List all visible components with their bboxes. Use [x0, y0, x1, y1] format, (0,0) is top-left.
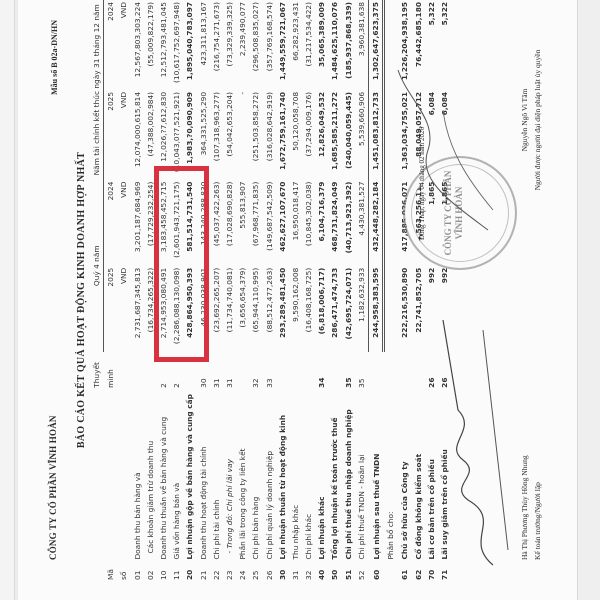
row-label: Lợi nhuận sau thuế TNDN — [368, 390, 383, 562]
header-row-currency: số VND VND VND VND — [117, 0, 130, 582]
value-fy-2025: (54,042,653,204) — [223, 90, 236, 180]
row-label: Lợi nhuận thuần từ hoạt động kinh — [276, 390, 289, 562]
row-note: 32 — [249, 352, 262, 390]
value-fy-2024: 1,484,625,110,076 — [328, 0, 341, 90]
preparer-signature-block: Hà Thị Phương Thùy Hồng Nhung Kế toán tr… — [518, 455, 544, 560]
row-label: Giá vốn hàng bán và — [170, 390, 183, 562]
value-q4-2024: 3,183,458,452,715 — [157, 180, 170, 266]
value-q4-2025: (2,286,088,130,098) — [170, 266, 183, 352]
row-note: 35 — [355, 352, 369, 390]
value-q4-2025: (42,695,724,071) — [342, 266, 355, 352]
row-code: 32 — [302, 562, 315, 582]
value-fy-2025: 12,074,000,615,814 — [131, 90, 144, 180]
value-fy-2025: 1,685,585,211,272 — [328, 90, 341, 180]
table-row: 22Chi phí tài chính31(23,692,265,207)(45… — [210, 0, 223, 582]
value-fy-2024: (216,754,271,673) — [210, 0, 223, 90]
year-header-fy-2024: 2024 — [104, 0, 118, 90]
value-q4-2025: 222,216,530,890 — [398, 266, 411, 352]
viewer-left-edge — [0, 0, 15, 600]
value-fy-2025: 1,983,?0,090,909 — [183, 90, 196, 180]
row-code: 60 — [368, 562, 383, 582]
row-note: 31 — [223, 352, 236, 390]
row-note — [131, 352, 144, 390]
value-fy-2024: (296,508,835,027) — [249, 0, 262, 90]
value-fy-2024: 12,567,803,303,224 — [131, 0, 144, 90]
table-row: 52Chi phí thuế TNDN - hoãn lại351,182,63… — [355, 0, 369, 582]
note-header-2: minh — [104, 352, 118, 390]
value-q4-2024: (67,968,771,835) — [249, 180, 262, 266]
row-code: 02 — [144, 562, 157, 582]
table-row: 26Chi phí quản lý doanh nghiệp33(88,512,… — [262, 0, 275, 582]
row-label: Các khoản giảm trừ doanh thu — [144, 390, 157, 562]
row-note — [276, 352, 289, 390]
value-fy-2024: 1,302,647,623,375 — [368, 0, 383, 90]
value-q4-2025: 9,590,162,008 — [289, 266, 302, 352]
value-q4-2025 — [384, 266, 399, 352]
value-q4-2024: (17,028,690,828) — [223, 180, 236, 266]
row-code: 50 — [328, 562, 341, 582]
value-fy-2025: (107,318,963,277) — [210, 90, 223, 180]
row-label: Thu nhập khác — [289, 390, 302, 562]
value-fy-2025: 1,672,759,161,740 — [276, 90, 289, 180]
row-note — [398, 352, 411, 390]
year-header-q4-2025: 2025 — [104, 266, 118, 352]
value-q4-2024: 555,813,907 — [236, 180, 249, 266]
row-label: Chủ sở hữu của Công ty — [398, 390, 411, 562]
value-fy-2025: (47,388,002,984) — [144, 90, 157, 180]
value-q4-2025: (65,944,110,995) — [249, 266, 262, 352]
row-note — [328, 352, 341, 390]
value-q4-2025: (6,818,006,717) — [315, 266, 328, 352]
table-row: 20Lợi nhuận gộp về bán hàng và cung cấp4… — [183, 0, 196, 582]
representative-signature-block: Nguyễn Ngô Vi Tâm Người được người đại d… — [518, 20, 544, 220]
row-label: Chi phí thuế thu nhập doanh nghiệp — [342, 390, 355, 562]
value-q4-2024: (40,713,923,392) — [342, 180, 355, 266]
row-label: Chi phí quản lý doanh nghiệp — [262, 390, 275, 562]
value-q4-2025: (88,512,477,263) — [262, 266, 275, 352]
value-fy-2025: 12,026,?7,612,830 — [157, 90, 170, 180]
row-note — [183, 352, 196, 390]
table-row: 24Phần lãi trong công ty liên kết(3,656,… — [236, 0, 249, 582]
value-q4-2024: 6,104,716,379 — [315, 180, 328, 266]
row-label: Lợi nhuận khác — [315, 390, 328, 562]
year-header-q4-2024: 2024 — [104, 180, 118, 266]
value-q4-2024: 432,448,282,184 — [368, 180, 383, 266]
row-code: 52 — [355, 562, 369, 582]
value-q4-2025: (3,656,654,379) — [236, 266, 249, 352]
table-row: 32Chi phí khác(16,408,168,725)(10,845,30… — [302, 0, 315, 582]
table-row: 10Doanh thu thuần về bán hàng và cung22,… — [157, 0, 170, 582]
table-row: 51Chi phí thuế thu nhập doanh nghiệp35(4… — [342, 0, 355, 582]
year-group-header: Năm tài chính kết thúc ngày 31 tháng 12 … — [90, 0, 104, 180]
value-fy-2025: - — [236, 90, 249, 180]
report-title: BÁO CÁO KẾT QUẢ HOẠT ĐỘNG KINH DOANH HỢP… — [76, 0, 87, 600]
value-fy-2024: (185,937,868,339) — [342, 0, 355, 90]
row-code: 23 — [223, 562, 236, 582]
table-row: 23- Trong đó: Chi phí lãi vay31(11,734,7… — [223, 0, 236, 582]
table-row: 31Thu nhập khác9,590,162,00816,950,018,4… — [289, 0, 302, 582]
form-code: Mẫu số B 02a-DN/HN — [50, 20, 59, 95]
value-q4-2024: (17,729,232,254) — [144, 180, 157, 266]
preparer-name: Hà Thị Phương Thùy Hồng Nhung — [518, 455, 531, 560]
row-code: 25 — [249, 562, 262, 582]
row-note — [236, 352, 249, 390]
row-note: 30 — [197, 352, 210, 390]
row-code: 22 — [210, 562, 223, 582]
value-q4-2024: (45,037,422,263) — [210, 180, 223, 266]
value-q4-2024: 16,950,018,417 — [289, 180, 302, 266]
currency-label: VND — [117, 0, 130, 90]
value-q4-2025: (11,734,740,081) — [223, 266, 236, 352]
financial-statement-page: CÔNG TY CỔ PHẦN VĨNH HOÀN Mẫu số B 02a-D… — [18, 0, 563, 600]
value-fy-2025: 1,451,083,812,733 — [368, 90, 383, 180]
value-fy-2025: (316,028,642,919) — [262, 90, 275, 180]
value-fy-2025: (251,503,858,272) — [249, 90, 262, 180]
value-fy-2025: 50,120,058,708 — [289, 90, 302, 180]
value-fy-2024: 12,512,793,481,045 — [157, 0, 170, 90]
value-fy-2024: 35,065,389,009 — [315, 0, 328, 90]
value-q4-2024: 462,627,107,670 — [276, 180, 289, 266]
row-code: 30 — [276, 562, 289, 582]
value-q4-2025: 293,289,481,450 — [276, 266, 289, 352]
value-fy-2024: (357,769,168,574) — [262, 0, 275, 90]
year-header-fy-2025: 2025 — [104, 90, 118, 180]
value-q4-2025: 244,958,383,595 — [368, 266, 383, 352]
table-row: 11Giá vốn hàng bán và2(2,286,088,130,098… — [170, 0, 183, 582]
representative-title: Người được người đại diện pháp luật ủy q… — [531, 20, 544, 220]
code-header: Mã — [104, 562, 118, 582]
value-q4-2024: (2,601,943,721,175) — [170, 180, 183, 266]
preparer-title: Kế toán trưởng/Người lập — [531, 455, 544, 560]
value-q4-2025: 286,471,474,733 — [328, 266, 341, 352]
value-q4-2024: 4,430,381,527 — [355, 180, 369, 266]
value-q4-2024: (149,687,542,509) — [262, 180, 275, 266]
row-code: 40 — [315, 562, 328, 582]
row-note — [144, 352, 157, 390]
row-label: Chi phí khác — [302, 390, 315, 562]
value-q4-2025: 428,864,950,393 — [183, 266, 196, 352]
value-q4-2024: 3,201,187,684,969 — [131, 180, 144, 266]
value-q4-2024: 468,731,824,049 — [328, 180, 341, 266]
value-fy-2024: (73,329,339,325) — [223, 0, 236, 90]
table-row: 40Lợi nhuận khác34(6,818,006,717)6,104,7… — [315, 0, 328, 582]
row-note: 33 — [262, 352, 275, 390]
row-note — [368, 352, 383, 390]
row-label: - Trong đó: Chi phí lãi vay — [223, 390, 236, 562]
value-fy-2024: 2,239,490,077 — [236, 0, 249, 90]
row-note — [384, 352, 399, 390]
table-row: 02Các khoản giảm trừ doanh thu(16,734,26… — [144, 0, 157, 582]
value-q4-2024: 143,240,288,830 — [197, 180, 210, 266]
row-code: 21 — [197, 562, 210, 582]
value-fy-2024: 1,449,559,721,067 — [276, 0, 289, 90]
value-fy-2024: 3,960,381,638 — [355, 0, 369, 90]
row-note: 2 — [157, 352, 170, 390]
value-q4-2024: 581,514,731,540 — [183, 180, 196, 266]
table-row: 60Lợi nhuận sau thuế TNDN244,958,383,595… — [368, 0, 383, 582]
value-fy-2025: 364,331,525,290 — [197, 90, 210, 180]
value-fy-2025: (37,294,009,176) — [302, 90, 315, 180]
representative-signature-icon — [388, 40, 498, 240]
table-row: 21Doanh thu hoạt động tài chính3046,230,… — [197, 0, 210, 582]
value-fy-2025: 5,539,660,906 — [355, 90, 369, 180]
row-note: 31 — [210, 352, 223, 390]
row-label: Lợi nhuận gộp về bán hàng và cung cấp — [183, 390, 196, 562]
table-row: 30Lợi nhuận thuần từ hoạt động kinh293,2… — [276, 0, 289, 582]
row-code — [384, 562, 399, 582]
value-fy-2024: 423,311,813,167 — [197, 0, 210, 90]
preparer-signature-icon — [423, 310, 513, 570]
row-code: 51 — [342, 562, 355, 582]
row-label: Chi phí bán hàng — [249, 390, 262, 562]
row-code: 11 — [170, 562, 183, 582]
value-fy-2024: (31,217,534,422) — [302, 0, 315, 90]
row-note: 35 — [342, 352, 355, 390]
value-fy-2024: 66,282,923,431 — [289, 0, 302, 90]
header-row-groups: Thuyết Quý 4 năm Năm tài chính kết thúc … — [90, 0, 104, 582]
row-label: Doanh thu hoạt động tài chính — [197, 390, 210, 562]
code-header-2: số — [117, 562, 130, 582]
representative-name: Nguyễn Ngô Vi Tâm — [518, 20, 531, 220]
value-q4-2025: (16,734,265,322) — [144, 266, 157, 352]
value-fy-2025: (10,043,0?7,521,921) — [170, 90, 183, 180]
row-code: 01 — [131, 562, 144, 582]
row-label: Tổng lợi nhuận kế toán trước thuế — [328, 390, 341, 562]
value-fy-2025: (240,040,059,445) — [342, 90, 355, 180]
page-container: CÔNG TY CỔ PHẦN VĨNH HOÀN Mẫu số B 02a-D… — [18, 0, 578, 600]
value-q4-2025: 2,714,953,080,491 — [157, 266, 170, 352]
row-label: Doanh thu thuần về bán hàng và cung — [157, 390, 170, 562]
row-code: 24 — [236, 562, 249, 582]
document-viewer: CÔNG TY CỔ PHẦN VĨNH HOÀN Mẫu số B 02a-D… — [0, 0, 600, 600]
row-note — [289, 352, 302, 390]
value-q4-2025: 2,731,687,345,813 — [131, 266, 144, 352]
row-label: Chi phí thuế TNDN - hoãn lại — [355, 390, 369, 562]
row-code: 20 — [183, 562, 196, 582]
row-note — [302, 352, 315, 390]
row-label: Phân bổ cho: — [384, 390, 399, 562]
value-q4-2025: 46,230,038,901 — [197, 266, 210, 352]
table-row: 01Doanh thu bán hàng và2,731,687,345,813… — [131, 0, 144, 582]
value-fy-2024: 1,895,040,783,097 — [183, 0, 196, 90]
table-row: 25Chi phí bán hàng32(65,944,110,995)(67,… — [249, 0, 262, 582]
value-fy-2025: 12,826,049,532 — [315, 90, 328, 180]
row-code: 10 — [157, 562, 170, 582]
row-code: 31 — [289, 562, 302, 582]
value-fy-2024: (55,009,822,179) — [144, 0, 157, 90]
row-note: 34 — [315, 352, 328, 390]
row-note: 2 — [170, 352, 183, 390]
currency-label: VND — [117, 266, 130, 352]
currency-label: VND — [117, 90, 130, 180]
row-code: 26 — [262, 562, 275, 582]
viewer-scrollbar[interactable] — [577, 0, 600, 600]
value-q4-2024: (10,845,302,038) — [302, 180, 315, 266]
company-name: CÔNG TY CỔ PHẦN VĨNH HOÀN — [48, 415, 58, 560]
value-q4-2025: (23,692,265,207) — [210, 266, 223, 352]
value-q4-2025: (16,408,168,725) — [302, 266, 315, 352]
row-code: 61 — [398, 562, 411, 582]
currency-label: VND — [117, 180, 130, 266]
note-header: Thuyết — [90, 352, 104, 390]
value-fy-2024: (10,617,752,697,948) — [170, 0, 183, 90]
row-label: Phần lãi trong công ty liên kết — [236, 390, 249, 562]
row-label: Chi phí tài chính — [210, 390, 223, 562]
header-row-years: Mã minh 2025 2024 2025 2024 — [104, 0, 118, 582]
q4-group-header: Quý 4 năm — [90, 180, 104, 352]
value-q4-2025: 1,182,632,933 — [355, 266, 369, 352]
row-label: Doanh thu bán hàng và — [131, 390, 144, 562]
table-row: 50Tổng lợi nhuận kế toán trước thuế286,4… — [328, 0, 341, 582]
